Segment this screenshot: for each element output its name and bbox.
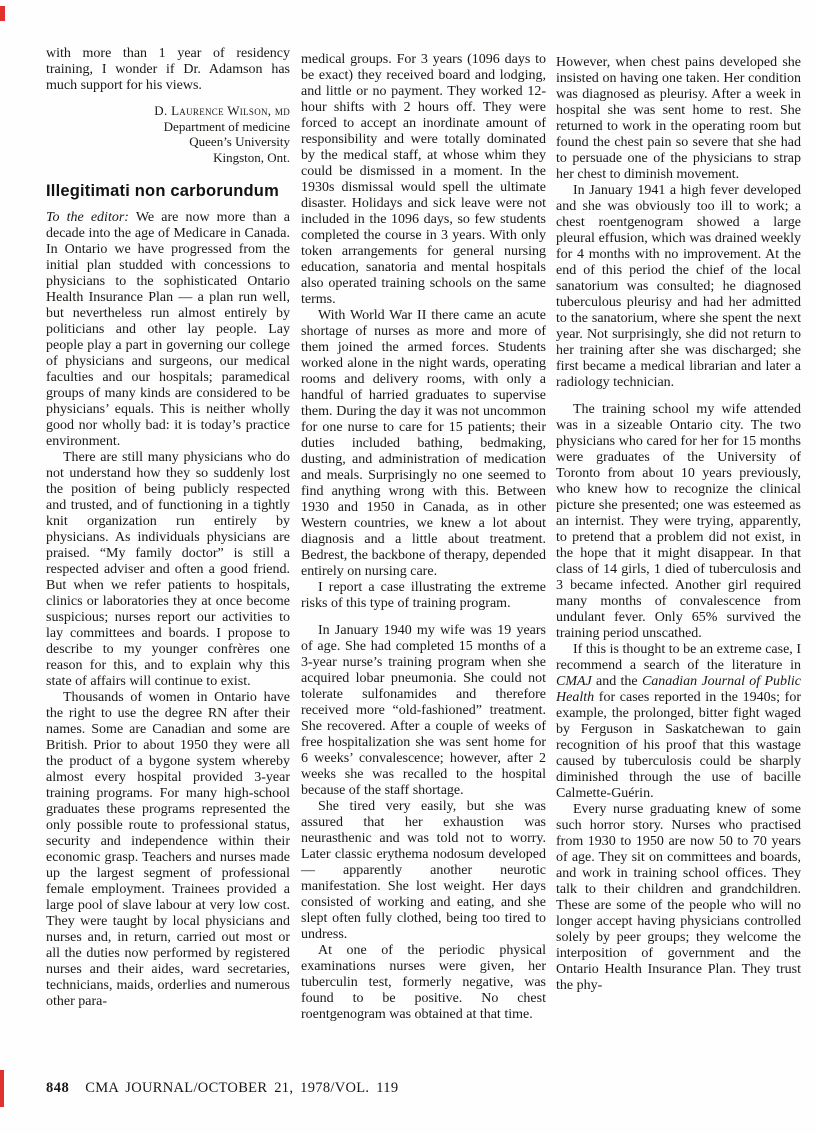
signature-block: D. Laurence Wilson, mdDepartment of medi… xyxy=(46,103,290,165)
paragraph: with more than 1 year of residency train… xyxy=(46,46,290,94)
paragraph: If this is thought to be an extreme case… xyxy=(556,642,801,802)
paragraph: She tired very easily, but she was assur… xyxy=(301,799,546,943)
column-middle: medical groups. For 3 years (1096 days t… xyxy=(301,52,546,1023)
page-footer: 848CMA JOURNAL/OCTOBER 21, 1978/VOL. 119 xyxy=(46,1080,398,1097)
signature-line: Queen’s University xyxy=(46,134,290,150)
paragraph: In January 1941 a high fever developed a… xyxy=(556,183,801,391)
paragraph: Every nurse graduating knew of some such… xyxy=(556,802,801,994)
signature-line: Kingston, Ont. xyxy=(46,150,290,166)
paragraph: I report a case illustrating the extreme… xyxy=(301,580,546,612)
page-number: 848 xyxy=(46,1080,69,1096)
paragraph: Thousands of women in Ontario have the r… xyxy=(46,690,290,1010)
paragraph: medical groups. For 3 years (1096 days t… xyxy=(301,52,546,308)
signature-line: Department of medicine xyxy=(46,119,290,135)
column-left: with more than 1 year of residency train… xyxy=(46,46,290,1010)
paragraph: In January 1940 my wife was 19 years of … xyxy=(301,623,546,799)
paragraph: However, when chest pains developed she … xyxy=(556,55,801,183)
paragraph: To the editor: We are now more than a de… xyxy=(46,210,290,450)
paragraph: With World War II there came an acute sh… xyxy=(301,308,546,580)
red-pen-mark-top xyxy=(0,6,5,21)
scanned-journal-page: with more than 1 year of residency train… xyxy=(0,0,816,1133)
journal-citation: CMA JOURNAL/OCTOBER 21, 1978/VOL. 119 xyxy=(85,1080,398,1096)
paragraph: There are still many physicians who do n… xyxy=(46,450,290,690)
paragraph: At one of the periodic physical examinat… xyxy=(301,943,546,1023)
column-right: However, when chest pains developed she … xyxy=(556,55,801,994)
paragraph: The training school my wife attended was… xyxy=(556,402,801,642)
signature-name: D. Laurence Wilson, md xyxy=(46,103,290,119)
red-pen-mark-bottom xyxy=(0,1070,4,1107)
letter-title: Illegitimati non carborundum xyxy=(46,182,290,201)
